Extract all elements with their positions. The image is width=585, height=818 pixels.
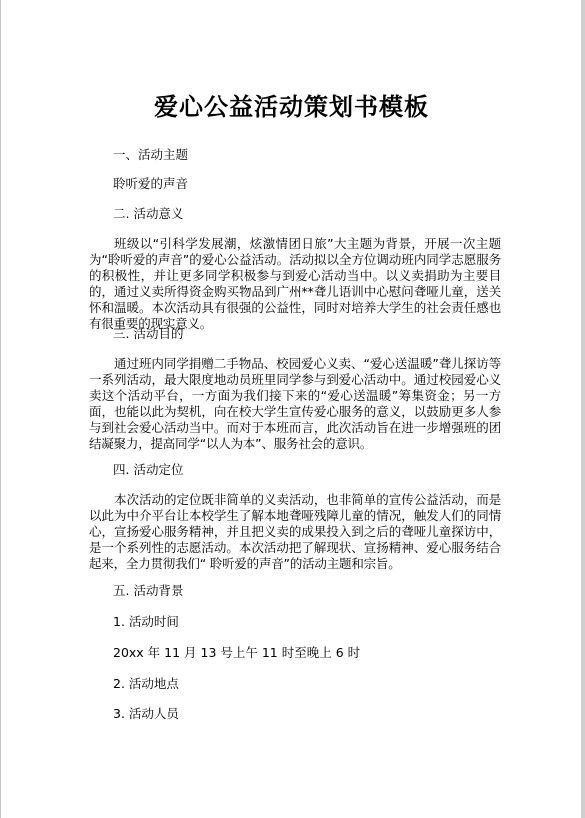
theme-text: 聆听爱的声音: [113, 176, 188, 192]
section-heading-theme: 一、活动主题: [113, 147, 188, 163]
document-page: 爱心公益活动策划书模板 一、活动主题 聆听爱的声音 二. 活动意义 班级以“引科…: [0, 0, 581, 818]
subheading-personnel: 3. 活动人员: [113, 706, 179, 722]
section-heading-purpose: 三. 活动目的: [113, 326, 183, 342]
subheading-location: 2. 活动地点: [113, 676, 179, 692]
time-text: 20xx 年 11 月 13 号上午 11 时至晚上 6 时: [113, 645, 360, 661]
section-heading-significance: 二. 活动意义: [113, 206, 183, 222]
section-heading-positioning: 四. 活动定位: [113, 462, 183, 478]
subheading-time: 1. 活动时间: [113, 614, 179, 630]
window-edge: [581, 0, 585, 818]
significance-paragraph: 班级以“引科学发展潮，炫激情团日旅”大主题为背景，开展一次主题为“聆听爱的声音”…: [89, 236, 501, 332]
positioning-paragraph: 本次活动的定位既非简单的义卖活动，也非简单的宣传公益活动，而是以此为中介平台让本…: [89, 492, 501, 572]
purpose-paragraph: 通过班内同学捐赠二手物品、校园爱心义卖、“爱心送温暖”聋儿探访等一系列活动，最大…: [89, 356, 501, 452]
document-title: 爱心公益活动策划书模板: [1, 92, 582, 122]
section-heading-background: 五. 活动背景: [113, 583, 183, 599]
